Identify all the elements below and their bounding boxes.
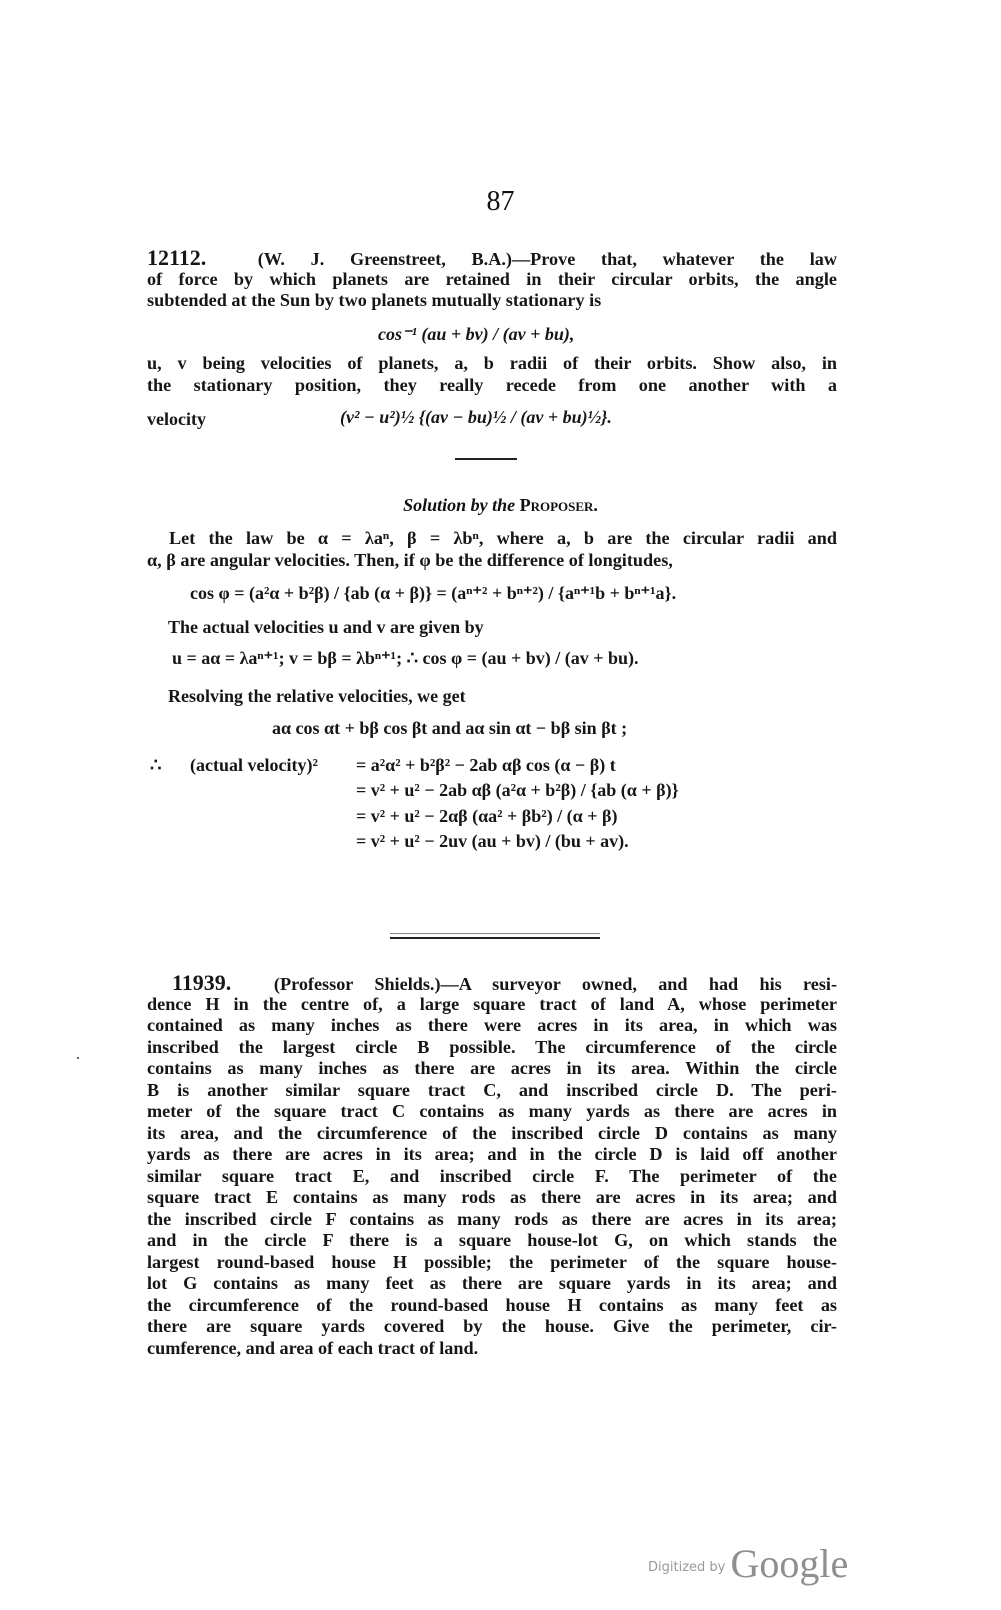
solution-heading: Solution by the Proposer. [0,495,1001,516]
solution-text-line: Let the law be α = λaⁿ, β = λbⁿ, where a… [147,528,837,550]
watermark-digitized-by: Digitized by [648,1560,725,1575]
question-text-line: its area, and the circumference of the i… [147,1123,837,1145]
question-text-line: u, v being velocities of planets, a, b r… [147,353,837,375]
equation-inverse-cos: cos⁻¹ (au + bv) / (av + bu), [378,324,574,345]
question-text-line: cumference, and area of each tract of la… [147,1338,837,1360]
equation-step-4: = v² + u² − 2uv (au + bv) / (bu + av). [356,831,629,852]
question-text-line: contains as many inches as there are acr… [147,1058,837,1080]
question-first-line: 11939. (Professor Shields.)—A surveyor o… [147,972,837,994]
question-text-line: subtended at the Sun by two planets mutu… [147,290,837,312]
question-text-line: the stationary position, they really rec… [147,375,837,397]
equation-cos-phi: cos φ = (a²α + b²β) / {ab (α + β)} = (aⁿ… [190,583,676,604]
solution-text-line: α, β are angular velocities. Then, if φ … [147,550,837,572]
question-text-line: inscribed the largest circle B possible.… [147,1037,837,1059]
equation-u-v: u = aα = λaⁿ⁺¹; v = bβ = λbⁿ⁺¹; ∴ cos φ … [172,648,639,669]
equation-resolved-components: aα cos αt + bβ cos βt and aα sin αt − bβ… [272,718,627,739]
google-logo: Google [730,1541,848,1586]
velocity-label: velocity [147,409,206,430]
question-text-line: B is another similar square tract C, and… [147,1080,837,1102]
question-text-line: the circumference of the round-based hou… [147,1295,837,1317]
question-text-line: and in the circle F there is a square ho… [147,1230,837,1252]
page-number: 87 [0,186,1001,218]
solution-text-resolving: Resolving the relative velocities, we ge… [168,686,466,707]
scan-speck [77,1057,79,1059]
therefore-symbol: ∴ [150,755,161,776]
equation-recession-velocity: (v² − u²)½ {(av − bu)½ / (av + bu)½}. [340,407,612,428]
section-divider-long [390,937,600,939]
question-text: —A surveyor owned, and had his resi- [441,974,837,994]
question-text-line: lot G contains as many feet as there are… [147,1273,837,1295]
question-number: 12112. [147,245,206,270]
question-text-line: contained as many inches as there were a… [147,1015,837,1037]
equation-step-2: = v² + u² − 2ab αβ (a²α + b²β) / {ab (α … [356,780,679,801]
question-text: —Prove that, whatever the law [512,249,837,269]
section-divider-long-top [390,933,600,934]
question-text-line: square tract E contains as many rods as … [147,1187,837,1209]
question-first-line: 12112. (W. J. Greenstreet, B.A.)—Prove t… [147,247,837,269]
question-11939: 11939. (Professor Shields.)—A surveyor o… [147,972,837,1359]
question-text-line: largest round-based house H possible; th… [147,1252,837,1274]
question-text-line: similar square tract E, and inscribed ci… [147,1166,837,1188]
section-divider-short [455,458,517,460]
solution-heading-italic: Solution by the [403,495,515,515]
question-text-line: there are square yards covered by the ho… [147,1316,837,1338]
question-number: 11939. [172,970,231,995]
solution-heading-proposer: Proposer. [520,495,598,515]
question-12112: 12112. (W. J. Greenstreet, B.A.)—Prove t… [147,247,837,312]
equation-step-1: = a²α² + b²β² − 2ab αβ cos (α − β) t [356,755,616,776]
equation-step-3: = v² + u² − 2αβ (αa² + βb²) / (α + β) [356,806,617,827]
question-text-line: of force by which planets are retained i… [147,269,837,291]
actual-velocity-lhs: (actual velocity)² [190,755,318,776]
question-text-line: the inscribed circle F contains as many … [147,1209,837,1231]
question-text-line: yards as there are acres in its area; an… [147,1144,837,1166]
question-text-line: meter of the square tract C contains as … [147,1101,837,1123]
question-text-line: dence H in the centre of, a large square… [147,994,837,1016]
solution-text-actual-velocities: The actual velocities u and v are given … [168,617,484,638]
question-12112-continued: u, v being velocities of planets, a, b r… [147,353,837,396]
google-watermark: Digitized by Google [648,1540,848,1587]
solution-paragraph-1: Let the law be α = λaⁿ, β = λbⁿ, where a… [147,528,837,571]
question-author: (W. J. Greenstreet, B.A.) [258,249,512,269]
question-author: (Professor Shields.) [274,974,441,994]
